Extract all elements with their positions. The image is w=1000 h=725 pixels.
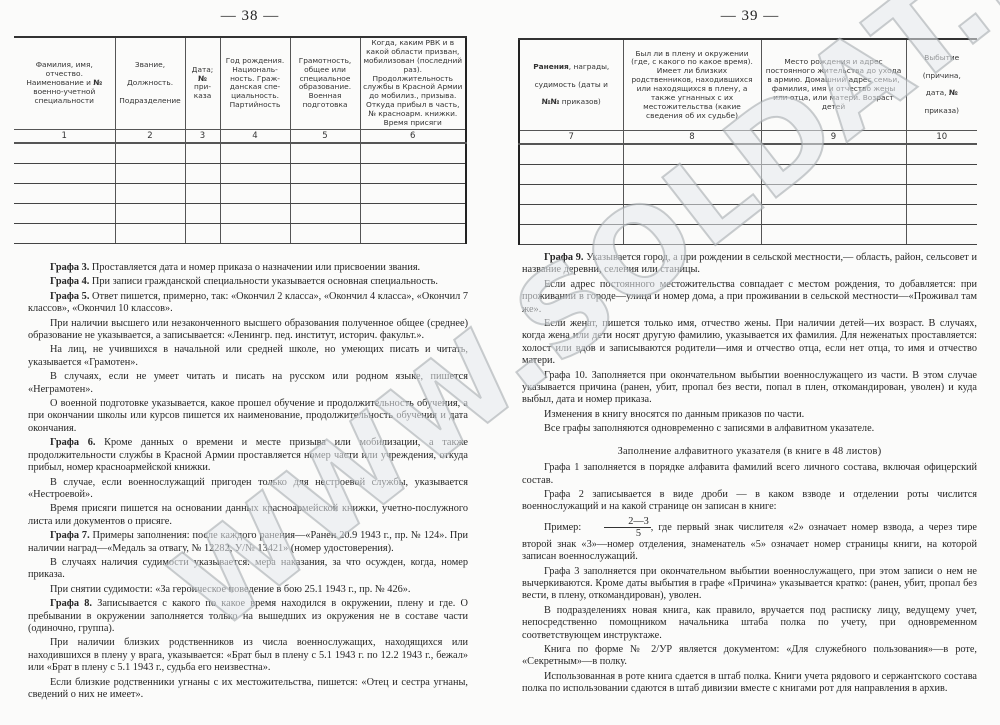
table-row — [14, 183, 466, 203]
table-cell — [290, 163, 360, 183]
instructions-text-left: Графа 3. Проставляется дата и номер прик… — [28, 262, 468, 703]
table-cell — [115, 203, 185, 223]
table-cell — [906, 144, 977, 165]
paragraph: Графа 10. Заполняется при окончательном … — [522, 370, 977, 407]
paragraph: Графа 2 записывается в виде дроби — в ка… — [522, 489, 977, 514]
table-row — [519, 144, 977, 165]
graf-label: Графа 7. — [50, 530, 90, 541]
left-column-number-2: 2 — [115, 129, 185, 143]
left-column-header-3: Дата;№при-каза — [185, 37, 220, 129]
table-cell — [623, 165, 761, 185]
table-cell — [360, 203, 466, 223]
left-column-number-4: 4 — [220, 129, 290, 143]
left-column-number-1: 1 — [14, 129, 115, 143]
paragraph: В подразделениях новая книга, как правил… — [522, 605, 977, 642]
section-title-alphabetical-index: Заполнение алфавитного указателя (в книг… — [522, 446, 977, 458]
table-row — [14, 163, 466, 183]
table-cell — [115, 183, 185, 203]
table-cell — [906, 165, 977, 185]
fraction-numerator: 2—3 — [604, 516, 651, 528]
paragraph: Если близкие родственники угнаны с их ме… — [28, 677, 468, 702]
graf-label: Графа 8. — [50, 598, 92, 609]
right-column-number-7: 7 — [519, 131, 623, 145]
table-cell — [185, 143, 220, 164]
example-explanation: , где первый знак числителя «2» означает… — [522, 522, 977, 563]
paragraph: Графа 6. Кроме данных о времени и месте … — [28, 437, 468, 474]
table-cell — [761, 144, 906, 165]
table-row — [14, 223, 466, 243]
table-cell — [906, 185, 977, 205]
table-cell — [623, 205, 761, 225]
table-cell — [623, 185, 761, 205]
table-row — [519, 205, 977, 225]
table-cell — [290, 223, 360, 243]
table-cell — [623, 144, 761, 165]
paragraph: Графа 4. При записи гражданской специаль… — [28, 276, 468, 288]
table-row — [519, 165, 977, 185]
paragraph: Графа 3 заполняется при окончательном вы… — [522, 566, 977, 603]
table-cell — [185, 203, 220, 223]
table-cell — [761, 165, 906, 185]
example-label: Пример: — [544, 522, 581, 533]
table-cell — [360, 183, 466, 203]
paragraph: Использованная в роте книга сдается в шт… — [522, 671, 977, 696]
table-cell — [519, 205, 623, 225]
paragraph: Все графы заполняются одновременно с зап… — [522, 423, 977, 435]
table-cell — [519, 185, 623, 205]
paragraph: Графа 5. Ответ пишется, примерно, так: «… — [28, 291, 468, 316]
left-page: — 38 — Фамилия, имя, отчество. Наименова… — [0, 0, 500, 725]
fraction: 2—3 5 — [604, 516, 651, 539]
table-cell — [906, 225, 977, 245]
paragraph: При снятии судимости: «За героическое по… — [28, 584, 468, 596]
left-column-header-5: Грамотность, общее или специальное образ… — [290, 37, 360, 129]
right-page: — 39 — Ранения, награды,судимость (даты … — [500, 0, 1000, 725]
table-row — [14, 143, 466, 164]
table-cell — [185, 223, 220, 243]
page-number-right: — 39 — — [500, 8, 1000, 25]
paragraph: В случаях наличия судимости указывается:… — [28, 557, 468, 582]
table-cell — [220, 183, 290, 203]
table-cell — [14, 203, 115, 223]
paragraph: Изменения в книгу вносятся по данным при… — [522, 409, 977, 421]
personnel-form-table-left: Фамилия, имя, отчество. Наименование и №… — [14, 36, 467, 244]
table-cell — [220, 163, 290, 183]
left-column-header-1: Фамилия, имя, отчество. Наименование и №… — [14, 37, 115, 129]
table-cell — [115, 143, 185, 164]
right-column-header-8: Был ли в плену и окружении (где, с каког… — [623, 39, 761, 131]
paragraph: На лиц, не учившихся в начальной или сре… — [28, 344, 468, 369]
table-cell — [14, 163, 115, 183]
paragraph: Книга по форме № 2/УР является документо… — [522, 644, 977, 669]
paragraph: При наличии высшего или незаконченного в… — [28, 318, 468, 343]
table-cell — [220, 223, 290, 243]
graf-label: Графа 4. — [50, 276, 89, 287]
table-cell — [185, 163, 220, 183]
table-cell — [185, 183, 220, 203]
paragraph: В случае, если военнослужащий пригоден т… — [28, 477, 468, 502]
table-cell — [290, 183, 360, 203]
paragraph: О военной подготовке указывается, какое … — [28, 398, 468, 435]
table-row — [14, 203, 466, 223]
personnel-form-table-right: Ранения, награды,судимость (даты и№№ при… — [518, 38, 977, 245]
left-column-number-5: 5 — [290, 129, 360, 143]
paragraph: Время присяги пишется на основании данны… — [28, 503, 468, 528]
table-cell — [360, 143, 466, 164]
table-cell — [290, 203, 360, 223]
right-column-number-8: 8 — [623, 131, 761, 145]
right-column-number-9: 9 — [761, 131, 906, 145]
left-column-header-4: Год рождения. Националь-ность. Граж-данс… — [220, 37, 290, 129]
table-cell — [14, 143, 115, 164]
table-cell — [115, 163, 185, 183]
left-column-header-2: Звание,Должность.Подразделение — [115, 37, 185, 129]
table-cell — [906, 205, 977, 225]
instructions-text-right: Графа 9. Указывается город, а при рожден… — [522, 252, 977, 698]
left-column-number-3: 3 — [185, 129, 220, 143]
right-column-header-7: Ранения, награды,судимость (даты и№№ при… — [519, 39, 623, 131]
paragraph: Графа 3. Проставляется дата и номер прик… — [28, 262, 468, 274]
left-column-header-6: Когда, каким РВК и в какой области призв… — [360, 37, 466, 129]
fraction-example: Пример: 2—3 5 , где первый знак числител… — [522, 516, 977, 564]
table-cell — [519, 144, 623, 165]
paragraph: Если женат, пишется только имя, отчество… — [522, 318, 977, 368]
table-cell — [761, 225, 906, 245]
paragraph: Графа 9. Указывается город, а при рожден… — [522, 252, 977, 277]
page-number-left: — 38 — — [0, 8, 500, 25]
graf-label: Графа 3. — [50, 262, 89, 273]
table-cell — [623, 225, 761, 245]
graf-label: Графа 6. — [50, 437, 95, 448]
right-column-header-10: Выбытие(причина,дата, №приказа) — [906, 39, 977, 131]
paragraph: В случаях, если не умеет читать и писать… — [28, 371, 468, 396]
paragraph: Графа 8. Записывается с какого по какое … — [28, 598, 468, 635]
paragraph: Графа 7. Примеры заполнения: после каждо… — [28, 530, 468, 555]
right-column-number-10: 10 — [906, 131, 977, 145]
paragraph: При наличии близких родственников из чис… — [28, 637, 468, 674]
table-row — [519, 225, 977, 245]
table-cell — [519, 225, 623, 245]
table-cell — [115, 223, 185, 243]
table-cell — [519, 165, 623, 185]
table-cell — [220, 143, 290, 164]
paragraph: Если адрес постоянного местожительства с… — [522, 279, 977, 316]
table-row — [519, 185, 977, 205]
paragraph: Графа 1 заполняется в порядке алфавита ф… — [522, 462, 977, 487]
left-column-number-6: 6 — [360, 129, 466, 143]
right-column-header-9: Место рождения и адрес постоянного жител… — [761, 39, 906, 131]
table-cell — [14, 223, 115, 243]
table-cell — [14, 183, 115, 203]
graf-label: Графа 5. — [50, 291, 89, 302]
table-cell — [761, 185, 906, 205]
table-cell — [290, 143, 360, 164]
table-cell — [360, 223, 466, 243]
graf-label: Графа 9. — [544, 252, 583, 263]
fraction-denominator: 5 — [604, 528, 651, 539]
table-cell — [360, 163, 466, 183]
table-cell — [761, 205, 906, 225]
table-cell — [220, 203, 290, 223]
